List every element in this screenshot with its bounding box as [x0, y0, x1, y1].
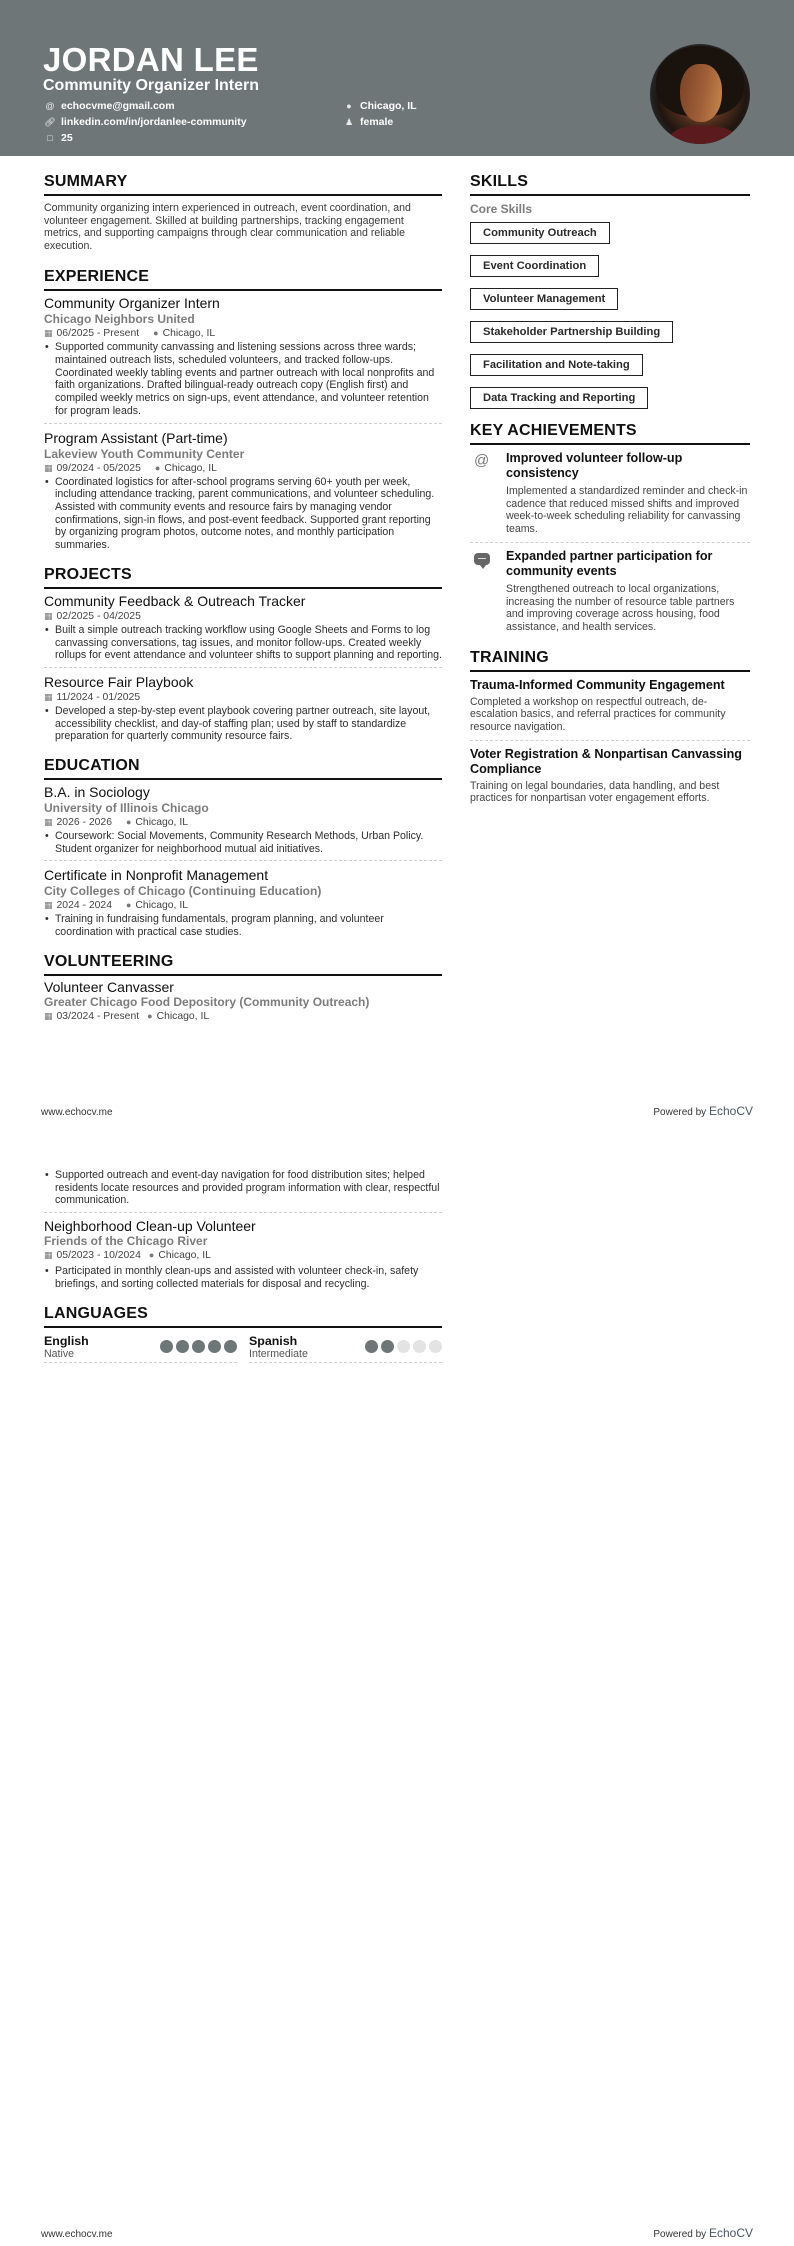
volunteer-description: Participated in monthly clean-ups and as…	[44, 1265, 442, 1290]
school-name: University of Illinois Chicago	[44, 801, 442, 816]
education-dates: 2024 - 2024	[57, 899, 112, 912]
volunteer-dates: 03/2024 - Present	[57, 1010, 140, 1023]
resume-header: JORDAN LEE Community Organizer Intern @ …	[0, 0, 794, 156]
education-location: Chicago, IL	[135, 816, 188, 829]
job-title: Program Assistant (Part-time)	[44, 429, 442, 447]
at-sign-icon: @	[45, 99, 55, 113]
languages-list: English Native Spanish Intermediate	[44, 1334, 442, 1363]
map-pin-icon: ●	[126, 899, 131, 912]
rating-dot-empty	[413, 1340, 426, 1353]
calendar-icon: ▦	[44, 1010, 53, 1023]
job-dates: 09/2024 - 05/2025	[57, 462, 141, 475]
section-title-education: EDUCATION	[44, 756, 442, 780]
project-meta: ▦ 11/2024 - 01/2025	[44, 691, 442, 704]
footer-site-link[interactable]: www.echocv.me	[41, 2229, 113, 2240]
achievement-title: Expanded partner participation for commu…	[506, 549, 750, 579]
achievement-description: Strengthened outreach to local organizat…	[506, 583, 750, 634]
job-dates: 06/2025 - Present	[57, 327, 140, 340]
chat-bubble-icon	[470, 549, 506, 634]
job-description: Supported community canvassing and liste…	[44, 341, 442, 417]
footer-site-link[interactable]: www.echocv.me	[41, 1107, 113, 1118]
achievement-title: Improved volunteer follow-up consistency	[506, 451, 750, 481]
education-description: Coursework: Social Movements, Community …	[44, 830, 442, 855]
language-level: Intermediate	[249, 1348, 308, 1360]
gender-text: female	[360, 115, 393, 129]
section-title-projects: PROJECTS	[44, 565, 442, 589]
map-pin-icon: ●	[155, 462, 160, 475]
languages-section: LANGUAGES English Native Spanish Interme…	[44, 1304, 442, 1363]
language-name: English	[44, 1334, 89, 1348]
education-meta: ▦ 2024 - 2024 ● Chicago, IL	[44, 899, 442, 912]
footer-brand[interactable]: EchoCV	[709, 2226, 753, 2240]
calendar-icon: ▦	[44, 1249, 53, 1262]
calendar-icon: ▦	[44, 610, 53, 623]
project-description: Built a simple outreach tracking workflo…	[44, 624, 442, 662]
achievement-item: @ Improved volunteer follow-up consisten…	[470, 445, 750, 543]
summary-text: Community organizing intern experienced …	[44, 202, 442, 252]
job-meta: ▦ 09/2024 - 05/2025 ● Chicago, IL	[44, 462, 442, 475]
section-title-summary: SUMMARY	[44, 172, 442, 196]
education-meta: ▦ 2026 - 2026 ● Chicago, IL	[44, 816, 442, 829]
contact-gender: ♟︎ female	[344, 115, 393, 129]
project-title: Community Feedback & Outreach Tracker	[44, 592, 442, 610]
language-rating	[365, 1340, 442, 1353]
section-title-volunteering: VOLUNTEERING	[44, 952, 442, 976]
skill-category: Core Skills	[470, 202, 750, 217]
project-item: Community Feedback & Outreach Tracker ▦ …	[44, 592, 442, 668]
projects-section: PROJECTS Community Feedback & Outreach T…	[44, 565, 442, 748]
footer-powered: Powered by EchoCV	[653, 2226, 753, 2240]
language-level: Native	[44, 1348, 89, 1360]
training-title: Trauma-Informed Community Engagement	[470, 678, 750, 693]
summary-section: SUMMARY Community organizing intern expe…	[44, 172, 442, 252]
person-icon: ♟︎	[344, 115, 354, 129]
section-title-skills: SKILLS	[470, 172, 750, 196]
volunteering-item: Neighborhood Clean-up Volunteer Friends …	[44, 1218, 442, 1295]
section-title-achievements: KEY ACHIEVEMENTS	[470, 421, 750, 445]
volunteering-item-continued: Supported outreach and event-day navigat…	[44, 1169, 442, 1213]
powered-by-label: Powered by	[653, 1107, 706, 1118]
training-section: TRAINING Trauma-Informed Community Engag…	[470, 648, 750, 812]
rating-dot-filled	[224, 1340, 237, 1353]
training-description: Training on legal boundaries, data handl…	[470, 780, 750, 805]
rating-dot-filled	[176, 1340, 189, 1353]
email-text: echocvme@gmail.com	[61, 99, 175, 113]
section-title-experience: EXPERIENCE	[44, 267, 442, 291]
company-name: Lakeview Youth Community Center	[44, 447, 442, 462]
map-pin-icon: ●	[344, 99, 354, 113]
page-footer: www.echocv.me Powered by EchoCV	[41, 1104, 753, 1118]
section-title-languages: LANGUAGES	[44, 1304, 442, 1328]
map-pin-icon: ●	[126, 816, 131, 829]
education-location: Chicago, IL	[135, 899, 188, 912]
education-description: Training in fundraising fundamentals, pr…	[44, 913, 442, 938]
achievement-description: Implemented a standardized reminder and …	[506, 485, 750, 536]
project-title: Resource Fair Playbook	[44, 673, 442, 691]
calendar-icon: ▦	[44, 327, 53, 340]
contact-age: □ 25	[45, 131, 73, 145]
degree-title: B.A. in Sociology	[44, 783, 442, 801]
rating-dot-empty	[397, 1340, 410, 1353]
left-column-page-2: Supported outreach and event-day navigat…	[44, 1168, 442, 1363]
rating-dot-filled	[365, 1340, 378, 1353]
company-name: Chicago Neighbors United	[44, 312, 442, 327]
language-item: English Native	[44, 1334, 237, 1363]
skills-section: SKILLS Core Skills Community Outreach Ev…	[470, 172, 750, 409]
rating-dot-filled	[381, 1340, 394, 1353]
language-name: Spanish	[249, 1334, 308, 1348]
volunteer-meta: ▦ 05/2023 - 10/2024 ● Chicago, IL	[44, 1249, 442, 1262]
school-name: City Colleges of Chicago (Continuing Edu…	[44, 884, 442, 899]
experience-section: EXPERIENCE Community Organizer Intern Ch…	[44, 267, 442, 556]
project-item: Resource Fair Playbook ▦ 11/2024 - 01/20…	[44, 673, 442, 748]
project-meta: ▦ 02/2025 - 04/2025	[44, 610, 442, 623]
training-item: Voter Registration & Nonpartisan Canvass…	[470, 741, 750, 811]
volunteer-org: Friends of the Chicago River	[44, 1234, 442, 1249]
avatar	[650, 44, 750, 144]
map-pin-icon: ●	[153, 327, 158, 340]
experience-item: Community Organizer Intern Chicago Neigh…	[44, 294, 442, 423]
contact-linkedin[interactable]: 🔗︎ linkedin.com/in/jordanlee-community	[45, 115, 247, 129]
volunteer-title: Neighborhood Clean-up Volunteer	[44, 1218, 442, 1234]
language-item: Spanish Intermediate	[249, 1334, 442, 1363]
education-dates: 2026 - 2026	[57, 816, 112, 829]
project-dates: 11/2024 - 01/2025	[57, 691, 141, 704]
job-meta: ▦ 06/2025 - Present ● Chicago, IL	[44, 327, 442, 340]
volunteer-title: Volunteer Canvasser	[44, 979, 442, 995]
contact-location: ● Chicago, IL	[344, 99, 417, 113]
powered-by-label: Powered by	[653, 2229, 706, 2240]
page-footer: www.echocv.me Powered by EchoCV	[41, 2226, 753, 2240]
candidate-name: JORDAN LEE	[43, 42, 259, 78]
skill-tag: Community Outreach	[470, 222, 610, 244]
training-title: Voter Registration & Nonpartisan Canvass…	[470, 747, 750, 777]
calendar-icon: □	[45, 131, 55, 145]
volunteering-item-start: Volunteer Canvasser Greater Chicago Food…	[44, 979, 442, 1023]
training-description: Completed a workshop on respectful outre…	[470, 696, 750, 734]
skill-tag: Data Tracking and Reporting	[470, 387, 648, 409]
achievements-section: KEY ACHIEVEMENTS @ Improved volunteer fo…	[470, 421, 750, 640]
linkedin-text: linkedin.com/in/jordanlee-community	[61, 115, 247, 129]
job-location: Chicago, IL	[163, 327, 216, 340]
rating-dot-empty	[429, 1340, 442, 1353]
experience-item: Program Assistant (Part-time) Lakeview Y…	[44, 429, 442, 557]
contact-email[interactable]: @ echocvme@gmail.com	[45, 99, 175, 113]
footer-brand[interactable]: EchoCV	[709, 1104, 753, 1118]
job-description: Coordinated logistics for after-school p…	[44, 476, 442, 552]
training-item: Trauma-Informed Community Engagement Com…	[470, 672, 750, 741]
education-item: B.A. in Sociology University of Illinois…	[44, 783, 442, 861]
calendar-icon: ▦	[44, 462, 53, 475]
volunteer-dates: 05/2023 - 10/2024	[57, 1249, 141, 1262]
education-item: Certificate in Nonprofit Management City…	[44, 866, 442, 943]
job-location: Chicago, IL	[164, 462, 217, 475]
at-sign-icon: @	[470, 451, 506, 536]
volunteer-location: Chicago, IL	[157, 1010, 210, 1023]
project-dates: 02/2025 - 04/2025	[57, 610, 141, 623]
job-title: Community Organizer Intern	[44, 294, 442, 312]
skill-tag: Volunteer Management	[470, 288, 618, 310]
location-text: Chicago, IL	[360, 99, 417, 113]
rating-dot-filled	[192, 1340, 205, 1353]
right-column: SKILLS Core Skills Community Outreach Ev…	[470, 172, 750, 811]
education-section: EDUCATION B.A. in Sociology University o…	[44, 756, 442, 944]
link-icon: 🔗︎	[45, 115, 55, 129]
calendar-icon: ▦	[44, 816, 53, 829]
language-rating	[160, 1340, 237, 1353]
section-title-training: TRAINING	[470, 648, 750, 672]
degree-title: Certificate in Nonprofit Management	[44, 866, 442, 884]
calendar-icon: ▦	[44, 691, 53, 704]
left-column-page-1: SUMMARY Community organizing intern expe…	[44, 172, 442, 1023]
volunteer-meta: ▦ 03/2024 - Present ● Chicago, IL	[44, 1010, 442, 1023]
rating-dot-filled	[208, 1340, 221, 1353]
rating-dot-filled	[160, 1340, 173, 1353]
volunteer-description: Supported outreach and event-day navigat…	[44, 1169, 442, 1207]
map-pin-icon: ●	[147, 1010, 152, 1023]
skill-tag: Facilitation and Note-taking	[470, 354, 643, 376]
volunteering-section: VOLUNTEERING Volunteer Canvasser Greater…	[44, 952, 442, 1023]
skill-tag: Event Coordination	[470, 255, 599, 277]
calendar-icon: ▦	[44, 899, 53, 912]
age-text: 25	[61, 131, 73, 145]
candidate-title: Community Organizer Intern	[43, 76, 259, 96]
volunteer-location: Chicago, IL	[158, 1249, 211, 1262]
map-pin-icon: ●	[149, 1249, 154, 1262]
footer-powered: Powered by EchoCV	[653, 1104, 753, 1118]
achievement-item: Expanded partner participation for commu…	[470, 543, 750, 640]
skill-tag: Stakeholder Partnership Building	[470, 321, 673, 343]
project-description: Developed a step-by-step event playbook …	[44, 705, 442, 743]
volunteer-org: Greater Chicago Food Depository (Communi…	[44, 995, 442, 1010]
